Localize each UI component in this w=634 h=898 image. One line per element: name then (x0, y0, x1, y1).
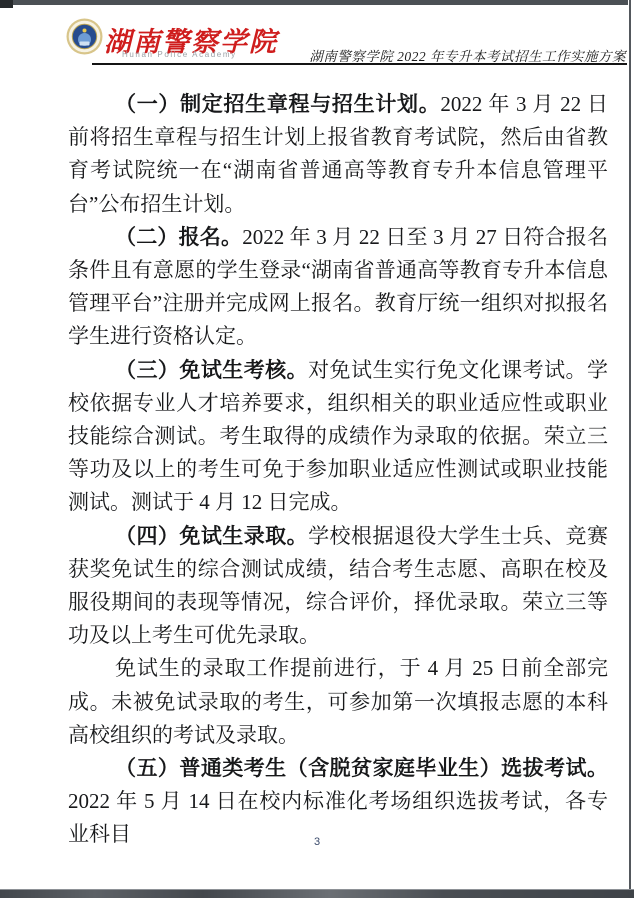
paragraph-3-lead: （三）免试生考核。 (115, 358, 308, 382)
police-academy-emblem-icon (66, 18, 103, 55)
paragraph-4: （四）免试生录取。学校根据退役大学生士兵、竞赛获奖免试生的综合测试成绩，结合考生… (68, 520, 608, 653)
paragraph-5-text: 免试生的录取工作提前进行，于 4 月 25 日前全部完成。未被免试录取的考生，可… (68, 656, 608, 746)
paragraph-2-lead: （二）报名。 (115, 225, 242, 249)
paragraph-6-lead: （五）普通类考生（含脱贫家庭毕业生）选拔考试。 (115, 756, 608, 780)
scan-bottom-edge (0, 889, 634, 898)
document-body: （一）制定招生章程与招生计划。2022 年 3 月 22 日前将招生章程与招生计… (68, 88, 608, 852)
paragraph-1: （一）制定招生章程与招生计划。2022 年 3 月 22 日前将招生章程与招生计… (68, 88, 608, 221)
paragraph-2: （二）报名。2022 年 3 月 22 日至 3 月 27 日符合报名条件且有意… (68, 221, 608, 354)
academy-logo-english: Hunan Police Academy (122, 50, 237, 59)
page-number: 3 (0, 836, 634, 848)
header-doc-title: 湖南警察学院 2022 年专升本考试招生工作实施方案 (309, 45, 626, 65)
paragraph-3: （三）免试生考核。对免试生实行免文化课考试。学校依据专业人才培养要求，组织相关的… (68, 354, 608, 520)
paragraph-5: 免试生的录取工作提前进行，于 4 月 25 日前全部完成。未被免试录取的考生，可… (68, 652, 608, 752)
paragraph-4-lead: （四）免试生录取。 (115, 524, 308, 548)
paragraph-1-lead: （一）制定招生章程与招生计划。 (115, 92, 440, 116)
scan-corner-mark (0, 0, 13, 8)
header-rule (92, 63, 627, 65)
scan-right-edge (629, 0, 631, 898)
document-page: 湖南警察学院 Hunan Police Academy 湖南警察学院 2022 … (0, 0, 634, 898)
scan-top-edge (0, 0, 628, 5)
